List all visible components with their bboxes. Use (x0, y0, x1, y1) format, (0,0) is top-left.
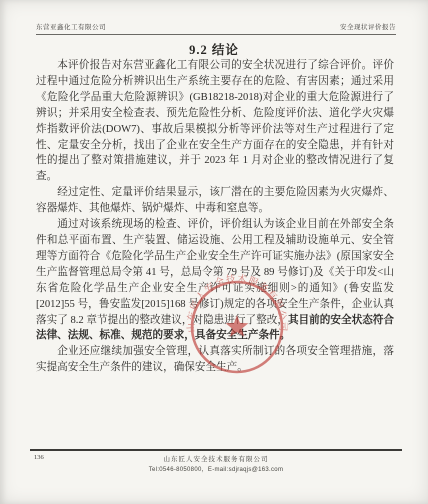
page-footer: 136 山东匠人安全技术服务有限公司 Tel:0546-8050800，E-ma… (30, 449, 402, 473)
paragraph-text: 通过对该系统现场的检查、评价，评价组认为该企业目前在外部安全条件和总平面布置、生… (36, 219, 394, 325)
page-header: 东营亚鑫化工有限公司 安全现状评价报告 (36, 22, 396, 35)
paragraph: 企业还应继续加强安全管理，认真落实所制订的各项安全管理措施，落实提高安全生产条件… (36, 344, 394, 376)
section-title: 9.2 结论 (0, 40, 428, 58)
header-report-title: 安全现状评价报告 (340, 22, 396, 31)
paragraph: 本评价报告对东营亚鑫化工有限公司的安全状况进行了综合评价。评价过程中通过危险分析… (36, 58, 394, 185)
paragraph: 通过对该系统现场的检查、评价，评价组认为该企业目前在外部安全条件和总平面布置、生… (36, 217, 394, 344)
header-company-name: 东营亚鑫化工有限公司 (36, 22, 106, 31)
report-body: 本评价报告对东营亚鑫化工有限公司的安全状况进行了综合评价。评价过程中通过危险分析… (36, 58, 394, 376)
footer-page-number: 136 (34, 454, 44, 461)
footer-contact-info: Tel:0546-8050800，E-mail:sdjraqjs@163.com (30, 464, 402, 473)
footer-company-name: 山东匠人安全技术服务有限公司 (30, 454, 402, 463)
document-page: 东营亚鑫化工有限公司 安全现状评价报告 9.2 结论 本评价报告对东营亚鑫化工有… (0, 0, 428, 504)
paragraph: 经过定性、定量评价结果显示，该厂潜在的主要危险因素为火灾爆炸、容器爆炸、其他爆炸… (36, 185, 394, 217)
